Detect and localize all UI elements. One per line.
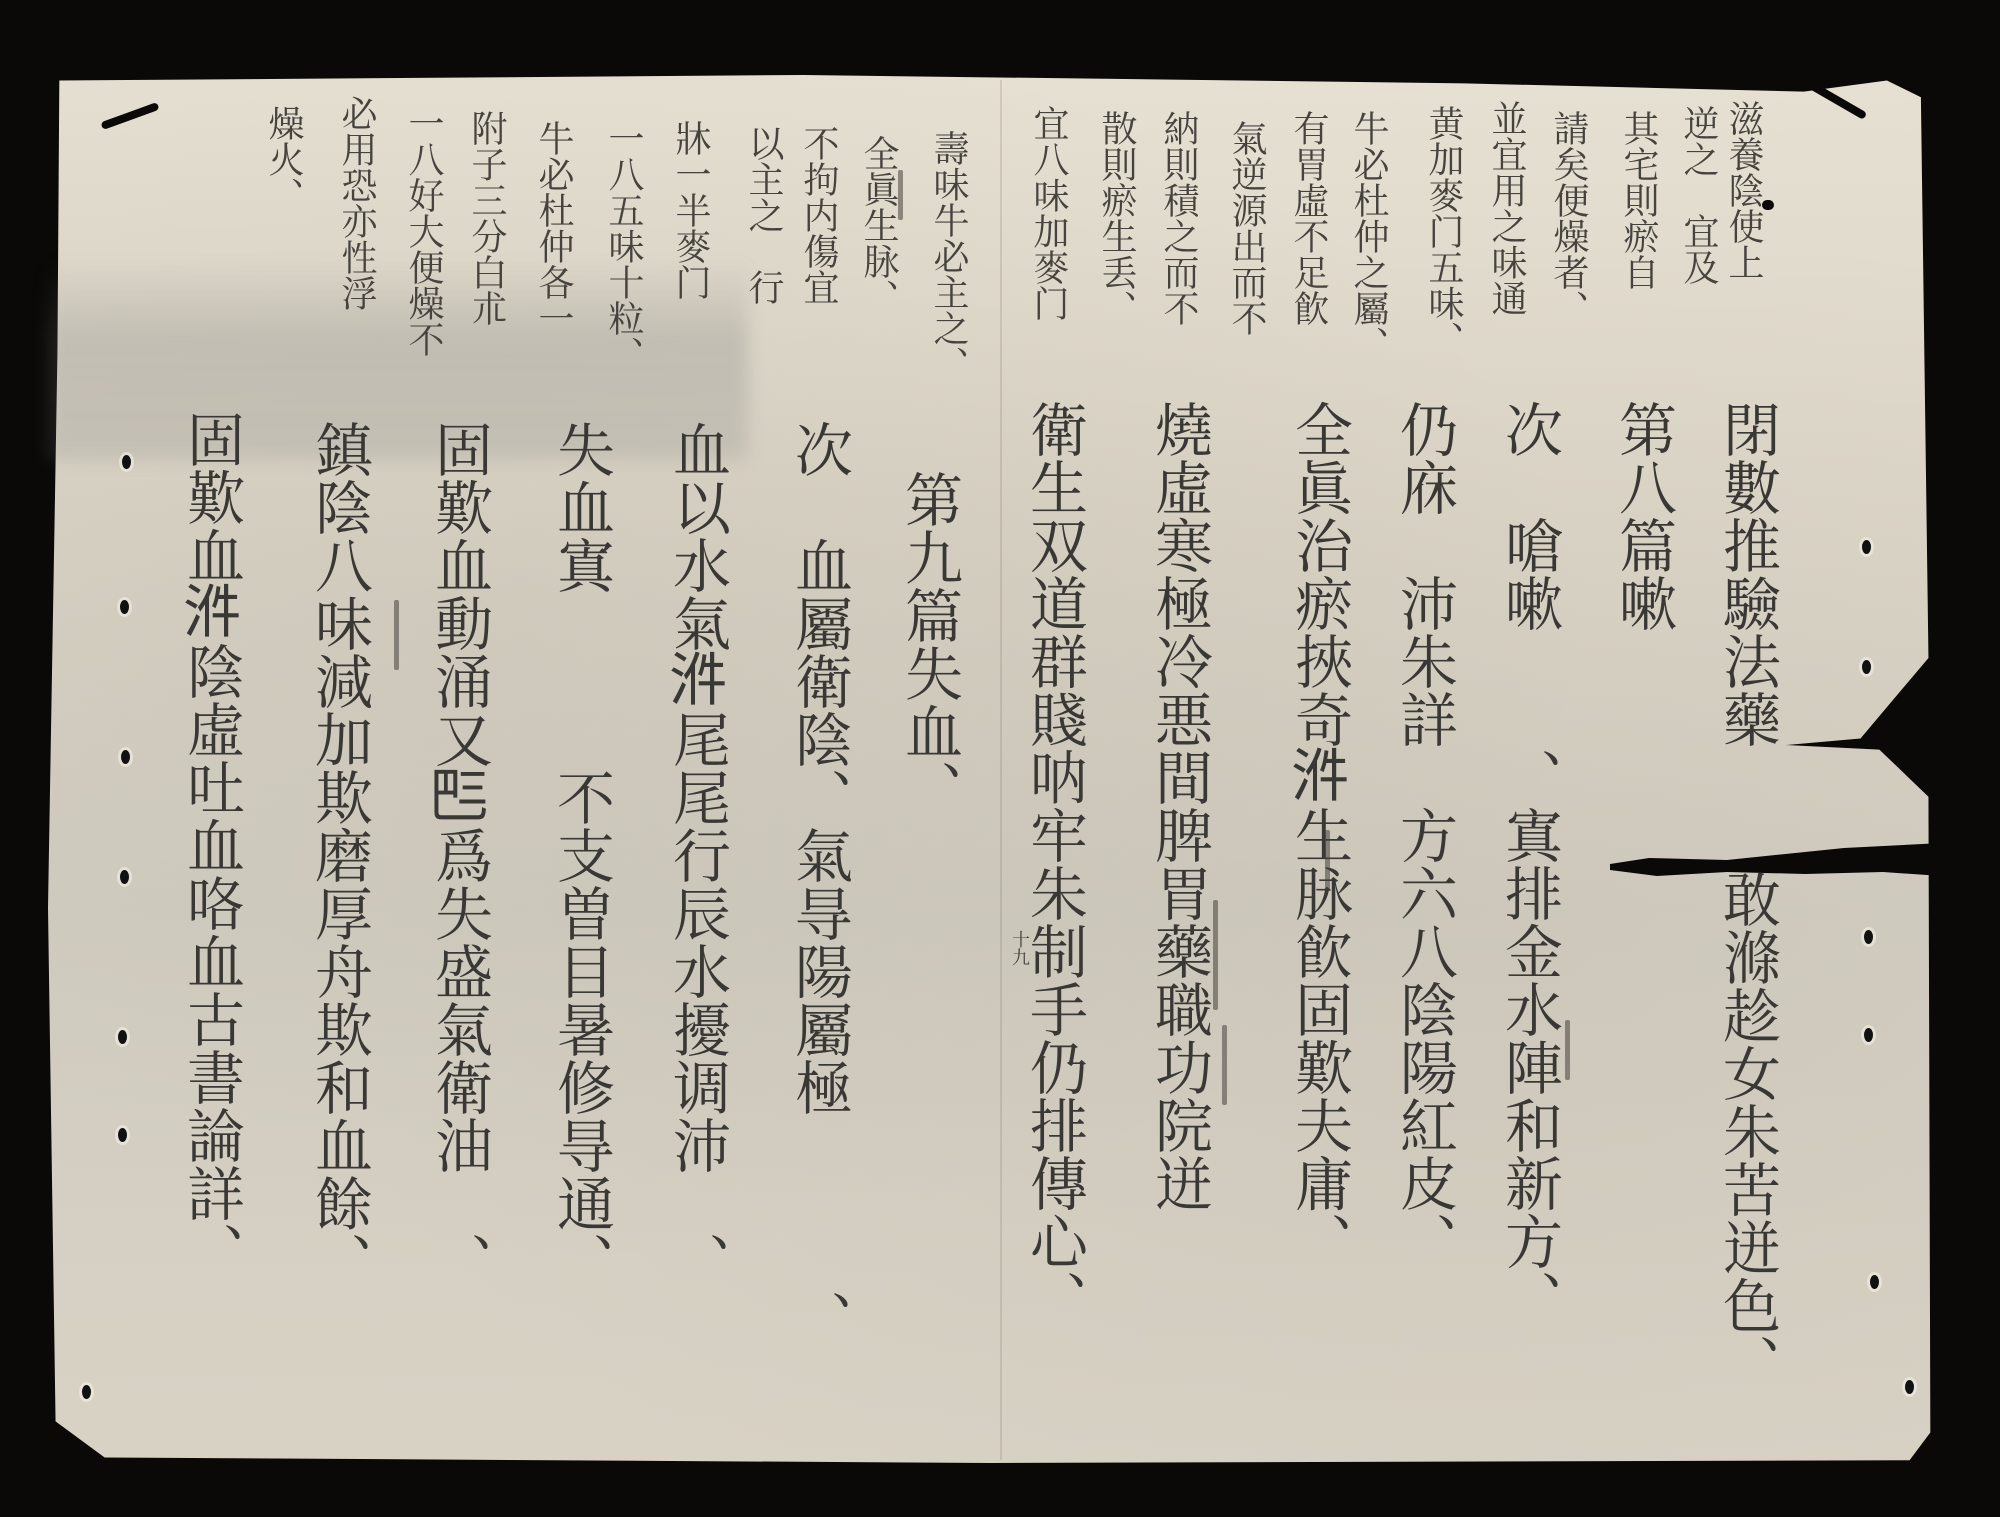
- text-column: 閉數推驗法藥: [1718, 400, 1776, 748]
- margin-mark: [898, 170, 903, 220]
- text-column: 滋養陰使上: [1725, 100, 1761, 280]
- binding-hole: [122, 455, 131, 469]
- binding-hole: [1862, 660, 1871, 674]
- binding-hole: [1864, 930, 1873, 944]
- binding-hole: [118, 1128, 127, 1142]
- binding-hole: [1862, 540, 1871, 554]
- text-column: 牀一半麥门: [672, 120, 708, 300]
- binding-hole: [82, 1385, 91, 1399]
- text-column: 敢滌趁女朱苦迸色、: [1718, 870, 1776, 1392]
- binding-hole: [1864, 1028, 1873, 1042]
- text-column: 鎮陰八味減加欺磨厚舟欺和血餘、: [310, 420, 368, 1290]
- text-column: 氣逆源出而不: [1228, 120, 1264, 336]
- text-column: 固歎血𣴓陰虛吐血咯血古書論詳、: [182, 410, 240, 1280]
- text-column: 全眞生脉、: [860, 135, 896, 315]
- text-column: 一八五味十粒、: [605, 120, 641, 372]
- text-column: 納則積之而不: [1160, 110, 1196, 326]
- margin-mark: [1565, 1020, 1570, 1080]
- text-column: 一八好大便燥不: [405, 105, 441, 357]
- text-column: 附子三分白朮: [468, 110, 504, 326]
- text-column: 固歎血動涌又𠀧爲失盛氣衛油𢈊、: [430, 420, 488, 1290]
- text-column: 逆之𫢋宜及: [1680, 105, 1716, 285]
- text-column: 仍庥𤸫沛朱詳𢪛方六八陰陽紅皮、: [1395, 400, 1453, 1270]
- text-column: 全眞治瘀挾奇𣴓生脉飮固歎夫庸、: [1290, 400, 1348, 1270]
- text-column: 請矣便燥者、: [1550, 110, 1586, 326]
- text-column: 散則瘀生丢、: [1098, 110, 1134, 326]
- text-column: 衛生双道群賤呐牢朱制手仍排傳心、: [1025, 400, 1083, 1328]
- text-column: 失血寘𤸫𢪛𪀄不支曽目暑修㝵通、: [552, 420, 610, 1290]
- text-column: 其宅則瘀自: [1620, 110, 1656, 290]
- text-column: 並宜用之味通: [1488, 100, 1524, 316]
- center-fold: [1000, 80, 1002, 1460]
- margin-mark: [394, 600, 399, 670]
- text-column: 必用恐亦性浮: [338, 95, 374, 311]
- margin-mark: [1325, 830, 1330, 890]
- margin-mark: [1222, 1025, 1227, 1105]
- text-column: 燒虛寒極冷悪間脾胃藥職功院迸: [1150, 400, 1208, 1212]
- binding-hole: [1870, 1275, 1879, 1289]
- text-column: 燥火、: [265, 105, 301, 213]
- text-column: 黄加麥门五味、: [1425, 105, 1461, 357]
- margin-mark: [1213, 900, 1218, 1010]
- text-column: 壽味牛必主之、: [930, 130, 966, 382]
- text-column: 有胃虛不足飮: [1290, 110, 1326, 326]
- text-column: 不拘内傷宜: [800, 125, 836, 305]
- binding-hole: [1905, 1380, 1914, 1394]
- binding-hole: [120, 870, 129, 884]
- text-column: 牛必杜仲各一: [535, 120, 571, 336]
- text-column: 次𡽫血屬衛陰、氣㝵陽屬極𪬭𪀄𪓇、: [790, 420, 848, 1348]
- text-column: 牛必杜仲之屬、: [1350, 110, 1386, 362]
- text-column: 次𡽫嗆嗽𪀄𫓥、寘排金水陣和新方、: [1500, 400, 1558, 1328]
- text-column: 宜八味加麥门: [1030, 105, 1066, 321]
- text-column: 血以水氣𣴓尾尾行辰水擾调沛𣌝、: [668, 420, 726, 1290]
- chapter-heading: 第八篇嗽: [1614, 400, 1672, 632]
- folio-number: 十九: [1006, 930, 1032, 966]
- binding-hole: [118, 1030, 127, 1044]
- chapter-heading: 第九篇失血、: [900, 470, 958, 818]
- text-column: 以主之𪢐行: [745, 125, 781, 305]
- binding-hole: [121, 750, 130, 764]
- binding-hole: [120, 600, 129, 614]
